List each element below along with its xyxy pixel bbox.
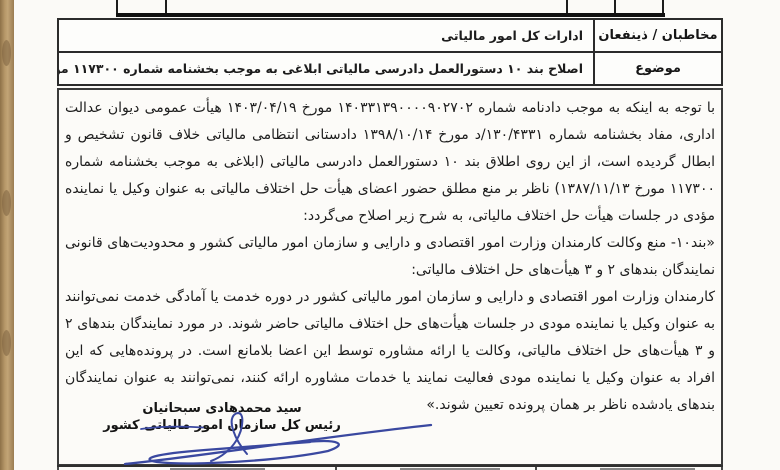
subject-row: موضوع اصلاح بند ۱۰ دستورالعمل دادرسی مال…: [59, 51, 721, 84]
recipients-label: مخاطبان / ذینفعان: [593, 20, 721, 51]
table-line: [165, 0, 167, 13]
signatory-name: سید محمدهادی سبحانیان: [72, 401, 372, 417]
scan-edge-texture: [2, 330, 11, 356]
body-paragraph-clause-text: کارمندان وزارت امور اقتصادی و دارایی و س…: [65, 284, 715, 419]
scanned-document-page: مخاطبان / ذینفعان ادارات کل امور مالیاتی…: [0, 0, 780, 470]
scan-edge-texture: [2, 40, 11, 66]
signature-block: سید محمدهادی سبحانیان رئیس کل سازمان امو…: [72, 401, 372, 434]
table-line: [57, 465, 723, 467]
body-paragraph-clause-heading: «بند۱۰- منع وکالت کارمندان وزارت امور اق…: [65, 230, 715, 284]
signatory-title: رئیس کل سازمان امور مالیاتی کشور: [72, 417, 372, 434]
body-paragraph-intro: با توجه به اینکه به موجب دادنامه شماره ۱…: [65, 95, 715, 230]
table-line: [662, 0, 664, 13]
table-line: [116, 13, 665, 17]
recipients-row: مخاطبان / ذینفعان ادارات کل امور مالیاتی: [59, 20, 721, 51]
subject-label: موضوع: [593, 53, 721, 84]
scan-edge-texture: [2, 190, 11, 216]
subject-value: اصلاح بند ۱۰ دستورالعمل دادرسی مالیاتی ا…: [59, 61, 593, 76]
header-table: مخاطبان / ذینفعان ادارات کل امور مالیاتی…: [57, 18, 723, 86]
scan-edge-strip: [0, 0, 14, 470]
table-line: [566, 0, 568, 13]
table-line: [614, 0, 616, 13]
recipients-value: ادارات کل امور مالیاتی: [59, 28, 593, 43]
table-line: [116, 0, 118, 13]
